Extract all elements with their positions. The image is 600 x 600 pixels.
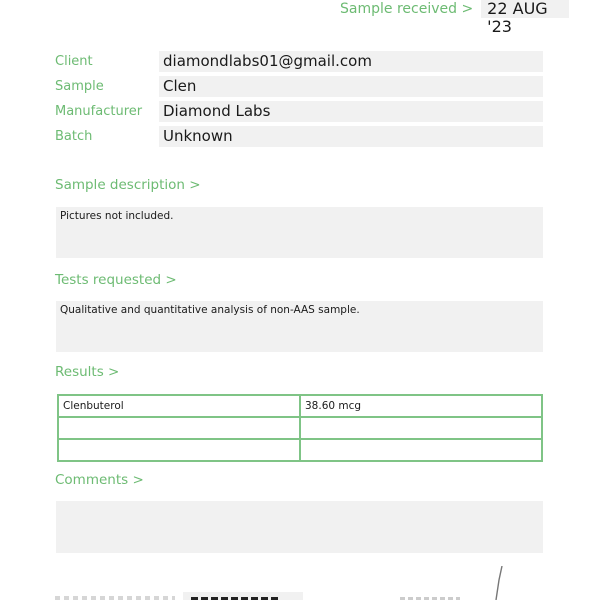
field-label: Batch bbox=[55, 129, 159, 144]
amount-cell: 38.60 mcg bbox=[300, 395, 542, 417]
field-client: Client diamondlabs01@gmail.com bbox=[55, 51, 543, 72]
field-label: Client bbox=[55, 54, 159, 69]
footer-label-cropped bbox=[55, 592, 175, 600]
table-row: Clenbuterol 38.60 mcg bbox=[58, 395, 542, 417]
signature-mark-icon bbox=[492, 566, 504, 600]
field-manufacturer: Manufacturer Diamond Labs bbox=[55, 101, 543, 122]
field-label: Sample bbox=[55, 79, 159, 94]
field-value: Diamond Labs bbox=[159, 101, 543, 122]
sample-received-date: 22 AUG '23 bbox=[481, 0, 569, 18]
field-value: diamondlabs01@gmail.com bbox=[159, 51, 543, 72]
compound-cell bbox=[58, 417, 300, 439]
field-label: Manufacturer bbox=[55, 104, 159, 119]
tests-requested-title: Tests requested > bbox=[55, 272, 177, 288]
sample-description-title: Sample description > bbox=[55, 177, 201, 193]
tests-requested-box: Qualitative and quantitative analysis of… bbox=[56, 301, 543, 352]
field-value: Unknown bbox=[159, 126, 543, 147]
comments-box bbox=[56, 501, 543, 553]
comments-title: Comments > bbox=[55, 472, 144, 488]
amount-cell bbox=[300, 417, 542, 439]
sample-received-label: Sample received > bbox=[340, 1, 473, 17]
table-row bbox=[58, 439, 542, 461]
compound-cell bbox=[58, 439, 300, 461]
field-sample: Sample Clen bbox=[55, 76, 543, 97]
results-title: Results > bbox=[55, 364, 119, 380]
results-table: Clenbuterol 38.60 mcg bbox=[57, 394, 543, 462]
field-batch: Batch Unknown bbox=[55, 126, 543, 147]
sample-info-fields: Client diamondlabs01@gmail.com Sample Cl… bbox=[55, 51, 543, 151]
compound-cell: Clenbuterol bbox=[58, 395, 300, 417]
sample-description-box: Pictures not included. bbox=[56, 207, 543, 258]
sample-received: Sample received > 22 AUG '23 bbox=[340, 0, 569, 18]
field-value: Clen bbox=[159, 76, 543, 97]
table-row bbox=[58, 417, 542, 439]
footer-cropped-row bbox=[55, 592, 545, 600]
footer-value-cropped bbox=[183, 592, 303, 600]
amount-cell bbox=[300, 439, 542, 461]
